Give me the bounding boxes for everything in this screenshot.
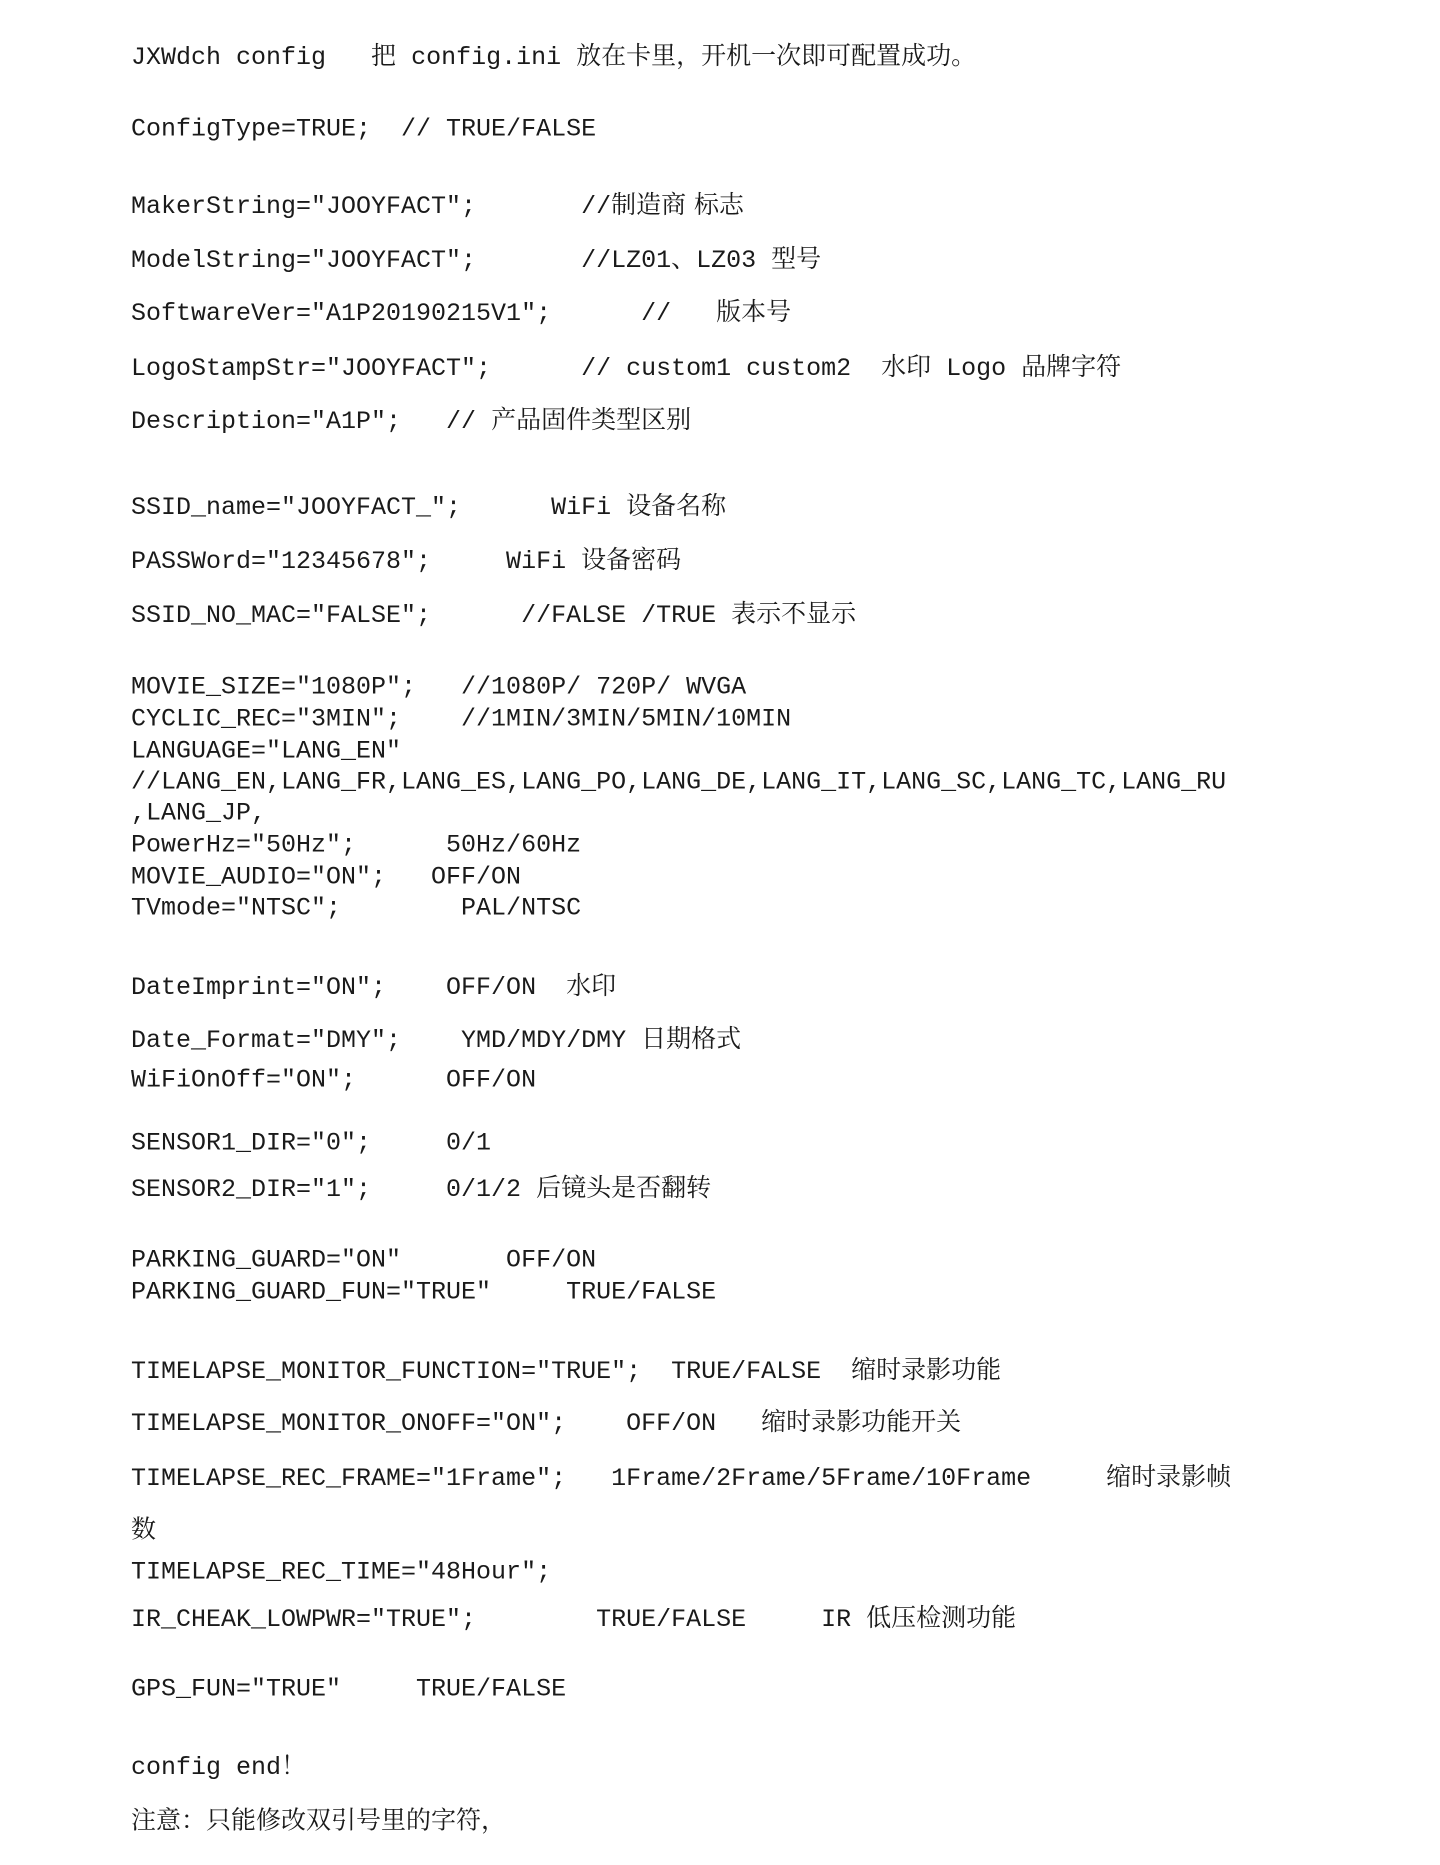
config-line: MakerString="JOOYFACT"; //制造商 标志	[131, 190, 744, 222]
comment-text: 缩时录影功能开关	[761, 1407, 961, 1436]
comment-text: 表示不显示	[731, 599, 856, 628]
config-line: TIMELAPSE_REC_TIME="48Hour";	[131, 1557, 551, 1588]
config-text: TVmode="NTSC"; PAL/NTSC	[131, 894, 581, 923]
config-text: WiFiOnOff="ON"; OFF/ON	[131, 1066, 536, 1095]
config-line: SENSOR2_DIR="1"; 0/1/2 后镜头是否翻转	[131, 1173, 711, 1205]
config-line: SoftwareVer="A1P20190215V1"; // 版本号	[131, 297, 791, 329]
config-line: config end！	[131, 1751, 306, 1783]
config-line: TVmode="NTSC"; PAL/NTSC	[131, 893, 581, 924]
config-text: ModelString="JOOYFACT"; //LZ01、LZ03	[131, 246, 771, 275]
config-text: SoftwareVer="A1P20190215V1"; //	[131, 299, 716, 328]
config-line: WiFiOnOff="ON"; OFF/ON	[131, 1065, 536, 1096]
config-text: SSID_name="JOOYFACT_"; WiFi	[131, 493, 626, 522]
comment-text: 后镜头是否翻转	[536, 1173, 711, 1202]
config-text: Date_Format="DMY"; YMD/MDY/DMY	[131, 1026, 641, 1055]
config-line: SSID_name="JOOYFACT_"; WiFi 设备名称	[131, 491, 726, 523]
comment-text: 把	[371, 41, 396, 70]
config-line: //LANG_EN,LANG_FR,LANG_ES,LANG_PO,LANG_D…	[131, 767, 1226, 798]
config-line: ,LANG_JP,	[131, 798, 266, 829]
config-text: TIMELAPSE_REC_FRAME="1Frame"; 1Frame/2Fr…	[131, 1464, 1106, 1493]
config-line: TIMELAPSE_REC_FRAME="1Frame"; 1Frame/2Fr…	[131, 1462, 1231, 1494]
config-text: MakerString="JOOYFACT"; //	[131, 192, 611, 221]
config-text: DateImprint="ON"; OFF/ON	[131, 973, 566, 1002]
config-text: ,LANG_JP,	[131, 799, 266, 828]
comment-text: 版本号	[716, 297, 791, 326]
config-text: Logo	[931, 354, 1021, 383]
config-text: LANGUAGE="LANG_EN"	[131, 737, 401, 766]
config-text: //LANG_EN,LANG_FR,LANG_ES,LANG_PO,LANG_D…	[131, 768, 1226, 797]
config-line: Description="A1P"; // 产品固件类型区别	[131, 405, 691, 437]
config-line: TIMELAPSE_MONITOR_ONOFF="ON"; OFF/ON 缩时录…	[131, 1407, 961, 1439]
comment-text: 水印	[881, 352, 931, 381]
config-text: TIMELAPSE_MONITOR_ONOFF="ON"; OFF/ON	[131, 1409, 761, 1438]
config-line: 数	[131, 1515, 156, 1546]
config-text: config.ini	[396, 43, 576, 72]
config-text: TIMELAPSE_MONITOR_FUNCTION="TRUE"; TRUE/…	[131, 1357, 851, 1386]
comment-text: ！	[281, 1751, 306, 1780]
config-line: GPS_FUN="TRUE" TRUE/FALSE	[131, 1674, 566, 1705]
comment-text: 品牌字符	[1021, 352, 1121, 381]
config-text: Description="A1P"; //	[131, 407, 491, 436]
config-line: LogoStampStr="JOOYFACT"; // custom1 cust…	[131, 352, 1121, 384]
config-text: ConfigType=TRUE; // TRUE/FALSE	[131, 115, 596, 144]
config-text: PASSWord="12345678"; WiFi	[131, 547, 581, 576]
comment-text: 设备名称	[626, 491, 726, 520]
config-line: Date_Format="DMY"; YMD/MDY/DMY 日期格式	[131, 1024, 741, 1056]
config-text: TIMELAPSE_REC_TIME="48Hour";	[131, 1558, 551, 1587]
config-text: SENSOR1_DIR="0"; 0/1	[131, 1129, 491, 1158]
config-text: SSID_NO_MAC="FALSE"; //FALSE /TRUE	[131, 601, 731, 630]
config-text: GPS_FUN="TRUE" TRUE/FALSE	[131, 1675, 566, 1704]
config-text: MOVIE_SIZE="1080P"; //1080P/ 720P/ WVGA	[131, 673, 746, 702]
config-text: CYCLIC_REC="3MIN"; //1MIN/3MIN/5MIN/10MI…	[131, 705, 791, 734]
config-line: PowerHz="50Hz"; 50Hz/60Hz	[131, 830, 581, 861]
config-text: PARKING_GUARD_FUN="TRUE" TRUE/FALSE	[131, 1278, 716, 1307]
config-line: PARKING_GUARD="ON" OFF/ON	[131, 1245, 596, 1276]
config-text: PARKING_GUARD="ON" OFF/ON	[131, 1246, 596, 1275]
config-text: SENSOR2_DIR="1"; 0/1/2	[131, 1175, 536, 1204]
config-line: IR_CHEAK_LOWPWR="TRUE"; TRUE/FALSE IR 低压…	[131, 1603, 1016, 1635]
config-text: PowerHz="50Hz"; 50Hz/60Hz	[131, 831, 581, 860]
comment-text: 设备密码	[581, 545, 681, 574]
config-line: DateImprint="ON"; OFF/ON 水印	[131, 971, 616, 1003]
config-line: JXWdch config 把 config.ini 放在卡里，开机一次即可配置…	[131, 41, 976, 73]
config-line: ConfigType=TRUE; // TRUE/FALSE	[131, 114, 596, 145]
config-line: MOVIE_SIZE="1080P"; //1080P/ 720P/ WVGA	[131, 672, 746, 703]
comment-text: 型号	[771, 244, 821, 273]
comment-text: 水印	[566, 971, 616, 1000]
comment-text: 注意：只能修改双引号里的字符，	[131, 1806, 506, 1835]
config-line: TIMELAPSE_MONITOR_FUNCTION="TRUE"; TRUE/…	[131, 1355, 1001, 1387]
comment-text: 数	[131, 1515, 156, 1544]
config-text: JXWdch config	[131, 43, 371, 72]
config-text: MOVIE_AUDIO="ON"; OFF/ON	[131, 863, 521, 892]
config-line: CYCLIC_REC="3MIN"; //1MIN/3MIN/5MIN/10MI…	[131, 704, 791, 735]
config-line: MOVIE_AUDIO="ON"; OFF/ON	[131, 862, 521, 893]
comment-text: 日期格式	[641, 1024, 741, 1053]
config-text: LogoStampStr="JOOYFACT"; // custom1 cust…	[131, 354, 881, 383]
config-line: SSID_NO_MAC="FALSE"; //FALSE /TRUE 表示不显示	[131, 599, 856, 631]
comment-text: 缩时录影帧	[1106, 1462, 1231, 1491]
config-line: SENSOR1_DIR="0"; 0/1	[131, 1128, 491, 1159]
comment-text: 制造商 标志	[611, 190, 744, 219]
comment-text: 放在卡里，开机一次即可配置成功。	[576, 41, 976, 70]
config-text: config end	[131, 1753, 281, 1782]
comment-text: 低压检测功能	[866, 1603, 1016, 1632]
config-line: 注意：只能修改双引号里的字符，	[131, 1806, 506, 1837]
comment-text: 产品固件类型区别	[491, 405, 691, 434]
config-line: PARKING_GUARD_FUN="TRUE" TRUE/FALSE	[131, 1277, 716, 1308]
config-line: LANGUAGE="LANG_EN"	[131, 736, 401, 767]
config-text: IR_CHEAK_LOWPWR="TRUE"; TRUE/FALSE IR	[131, 1605, 866, 1634]
comment-text: 缩时录影功能	[851, 1355, 1001, 1384]
config-line: ModelString="JOOYFACT"; //LZ01、LZ03 型号	[131, 244, 821, 276]
config-line: PASSWord="12345678"; WiFi 设备密码	[131, 545, 681, 577]
